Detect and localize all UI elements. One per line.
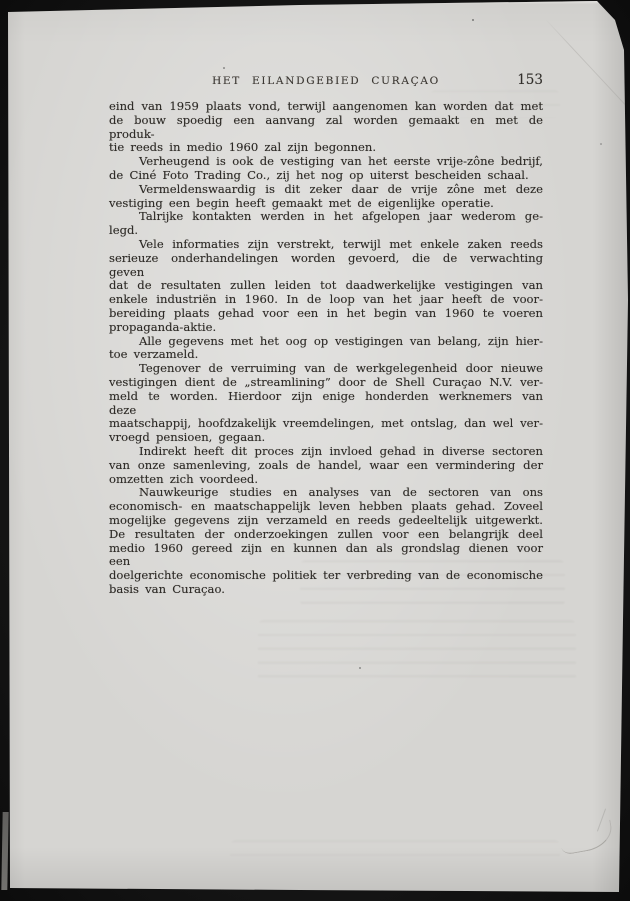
text-line: Vele informaties zijn verstrekt, terwijl… <box>109 238 543 252</box>
paper-crease-bottom-right <box>558 820 615 856</box>
text-line: propaganda-aktie. <box>109 321 543 335</box>
text-line: bereiding plaats gehad voor een in het b… <box>109 307 543 321</box>
paragraph: Indirekt heeft dit proces zijn invloed g… <box>109 445 543 486</box>
page-number: 153 <box>517 72 543 88</box>
text-line: De resultaten der onderzoekingen zullen … <box>109 528 543 542</box>
underlying-page-edge <box>1 812 8 890</box>
dust-speck <box>359 667 361 669</box>
paragraph: Talrijke kontakten werden in het afgelop… <box>109 210 543 238</box>
text-line: maatschappij, hoofdzakelijk vreemdelinge… <box>109 417 543 431</box>
page-body-text: eind van 1959 plaats vond, terwijl aange… <box>109 100 543 597</box>
dust-speck <box>472 19 474 21</box>
text-line: mogelijke gegevens zijn verzameld en ree… <box>109 514 543 528</box>
paragraph: Tegenover de verruiming van de werkgeleg… <box>109 362 543 445</box>
text-line: tie reeds in medio 1960 zal zijn begonne… <box>109 141 543 155</box>
paragraph: Vermeldenswaardig is dit zeker daar de v… <box>109 183 543 211</box>
text-line: vroegd pensioen, gegaan. <box>109 431 543 445</box>
ink-bleedthrough-patch <box>430 90 560 118</box>
text-line: Alle gegevens met het oog op vestigingen… <box>109 335 543 349</box>
text-line: Talrijke kontakten werden in het afgelop… <box>109 210 543 224</box>
text-line: legd. <box>109 224 543 238</box>
text-line: enkele industriën in 1960. In de loop va… <box>109 293 543 307</box>
paragraph: Verheugend is ook de vestiging van het e… <box>109 155 543 183</box>
running-header-title: HET EILANDGEBIED CURAÇAO <box>109 73 543 89</box>
dust-speck <box>600 143 602 145</box>
ink-bleedthrough-patch <box>300 560 565 606</box>
text-line: toe verzameld. <box>109 348 543 362</box>
text-line: Vermeldenswaardig is dit zeker daar de v… <box>109 183 543 197</box>
text-line: Verheugend is ook de vestiging van het e… <box>109 155 543 169</box>
text-line: economisch- en maatschappelijk leven heb… <box>109 500 543 514</box>
page-header-row: HET EILANDGEBIED CURAÇAO 153 <box>109 73 543 89</box>
text-line: vestigingen dient de „streamlining” door… <box>109 376 543 390</box>
ink-bleedthrough-patch <box>258 620 576 682</box>
dust-speck <box>223 67 225 69</box>
text-line: meld te worden. Hierdoor zijn enige hond… <box>109 390 543 418</box>
paragraph: Alle gegevens met het oog op vestigingen… <box>109 335 543 363</box>
text-line: dat de resultaten zullen leiden tot daad… <box>109 279 543 293</box>
text-line: omzetten zich voordeed. <box>109 473 543 487</box>
ink-bleedthrough-patch <box>230 840 560 860</box>
book-page: HET EILANDGEBIED CURAÇAO 153 eind van 19… <box>0 0 630 901</box>
dust-speck <box>404 574 406 576</box>
text-line: serieuze onderhandelingen worden gevoerd… <box>109 252 543 280</box>
text-line: Nauwkeurige studies en analyses van de s… <box>109 486 543 500</box>
paragraph: Vele informaties zijn verstrekt, terwijl… <box>109 238 543 335</box>
text-line: Tegenover de verruiming van de werkgeleg… <box>109 362 543 376</box>
text-line: vestiging een begin heeft gemaakt met de… <box>109 197 543 211</box>
text-line: Indirekt heeft dit proces zijn invloed g… <box>109 445 543 459</box>
dust-speck <box>483 424 485 426</box>
text-line: van onze samenleving, zoals de handel, w… <box>109 459 543 473</box>
text-line: de Ciné Foto Trading Co., zij het nog op… <box>109 169 543 183</box>
scanned-page-screenshot: HET EILANDGEBIED CURAÇAO 153 eind van 19… <box>0 0 630 901</box>
